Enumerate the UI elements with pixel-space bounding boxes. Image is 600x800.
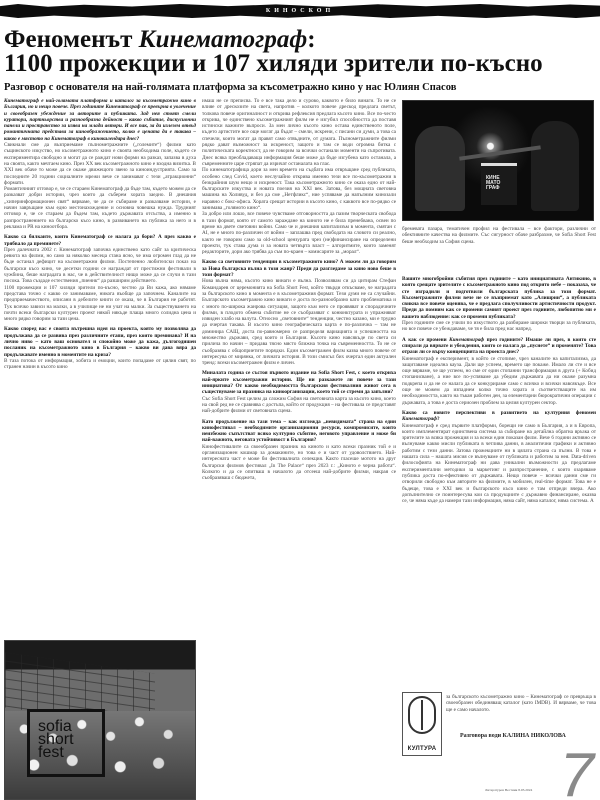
interview-question: Миналата година се състоя първото издани… <box>202 370 396 395</box>
headline-italic: Кинематограф <box>139 26 308 53</box>
section-label: КИНОСКОП <box>266 8 334 14</box>
paragraph: Нова вълна няма, късото кино винаги е въ… <box>202 278 396 366</box>
question-italic: Кинематограф <box>402 416 437 422</box>
question-text: А как се промени <box>402 337 449 343</box>
paragraph: През далечната 2002 г. Кинематограф запо… <box>4 247 196 285</box>
headline-prefix: Феноменът <box>4 26 139 53</box>
sofia-short-fest-logo: sofia short fest <box>27 709 105 777</box>
interview-question: Какво според вас е своята вътрешна идея … <box>4 326 196 357</box>
paragraph: През годините сме се учили по изкуството… <box>402 320 596 333</box>
logo-text: sofia short fest <box>38 720 102 759</box>
paragraph: 1100 прожекции и 107 хиляди зрители по-к… <box>4 285 196 323</box>
interview-question: Какво са световните тенденции в късометр… <box>202 259 396 278</box>
paragraph: По кинематографица дори за мен времето н… <box>202 167 396 211</box>
section-banner: КИНОСКОП <box>0 4 600 18</box>
article-subhead: Разговор с основателя на най-голямата пл… <box>4 82 596 93</box>
interview-question: Като продължение на тази тема – как изгл… <box>202 419 396 444</box>
question-italic: Кинематограф <box>449 337 484 343</box>
paragraph: за българското късометражно кино – Кинем… <box>446 694 596 713</box>
paragraph: Със Sofia Short Fest целим да сложим Соф… <box>202 396 396 415</box>
article-headline: Феноменът Кинематограф: 1100 прожекции и… <box>4 28 596 76</box>
interview-question: Какво са билкаите, които Кинематограф се… <box>4 234 196 247</box>
paragraph: За добро или лошо, все повече чувстваме … <box>202 211 396 255</box>
kultura-logo: КУЛТУРА <box>402 692 442 756</box>
audience-photo: sofia short fest <box>4 640 196 800</box>
kinematograf-box: КИНЕ МАТО ГРАФ <box>481 163 517 205</box>
paragraph: бремевата пазара, тематичен профил на фе… <box>402 226 596 245</box>
column-2: имаш не се преписва. То е все така дело … <box>202 98 396 482</box>
paragraph: В таза потока от информация, хобита и ем… <box>4 358 196 371</box>
paragraph: имаш не се преписва. То е все така дело … <box>202 98 396 167</box>
column-1: Кинематограф е най-голямата платформа и … <box>4 98 196 370</box>
person-right <box>531 121 579 211</box>
page-number: 7 <box>560 752 594 800</box>
interview-question: А как се промени Кинематограф през годин… <box>402 337 596 356</box>
interview-photo: КИНЕ МАТО ГРАФ <box>402 100 594 221</box>
kultura-name: КУЛТУРА <box>408 746 437 752</box>
headline-line2: 1100 прожекции и 107 хиляди зрители по-к… <box>4 50 543 77</box>
interview-question: Вашите многобройни събития през годините… <box>402 276 596 320</box>
paragraph: Кинематограф е сред първите платформи, б… <box>402 423 596 505</box>
question-text: ? <box>437 416 440 422</box>
headline-suffix: : <box>307 26 315 53</box>
column-3: Вашите многобройни събития през годините… <box>402 276 596 504</box>
article-lead: Кинематограф е най-голямата платформа и … <box>4 98 196 142</box>
person-left <box>415 126 465 211</box>
handshake <box>459 145 541 160</box>
interview-question: Какво са новите перспективи в развитието… <box>402 410 596 423</box>
paragraph: Кинофестивалите са своеобразен празник н… <box>202 444 396 482</box>
paragraph: Романтичният отговор е, че се стараем Ки… <box>4 186 196 230</box>
footer-publication: Литературен Вестник 8.03.2024 <box>485 788 532 792</box>
paragraph: Кинематограф е експеримент, в който се с… <box>402 356 596 406</box>
byline: Разговора води КАЛИНА НИКОЛОВА <box>460 733 566 739</box>
paragraph: Свикнали сме да възприемаме пълнометражн… <box>4 142 196 186</box>
box-logo-text: КИНЕ МАТО ГРАФ <box>486 176 514 191</box>
kultura-emblem-icon <box>408 696 436 734</box>
